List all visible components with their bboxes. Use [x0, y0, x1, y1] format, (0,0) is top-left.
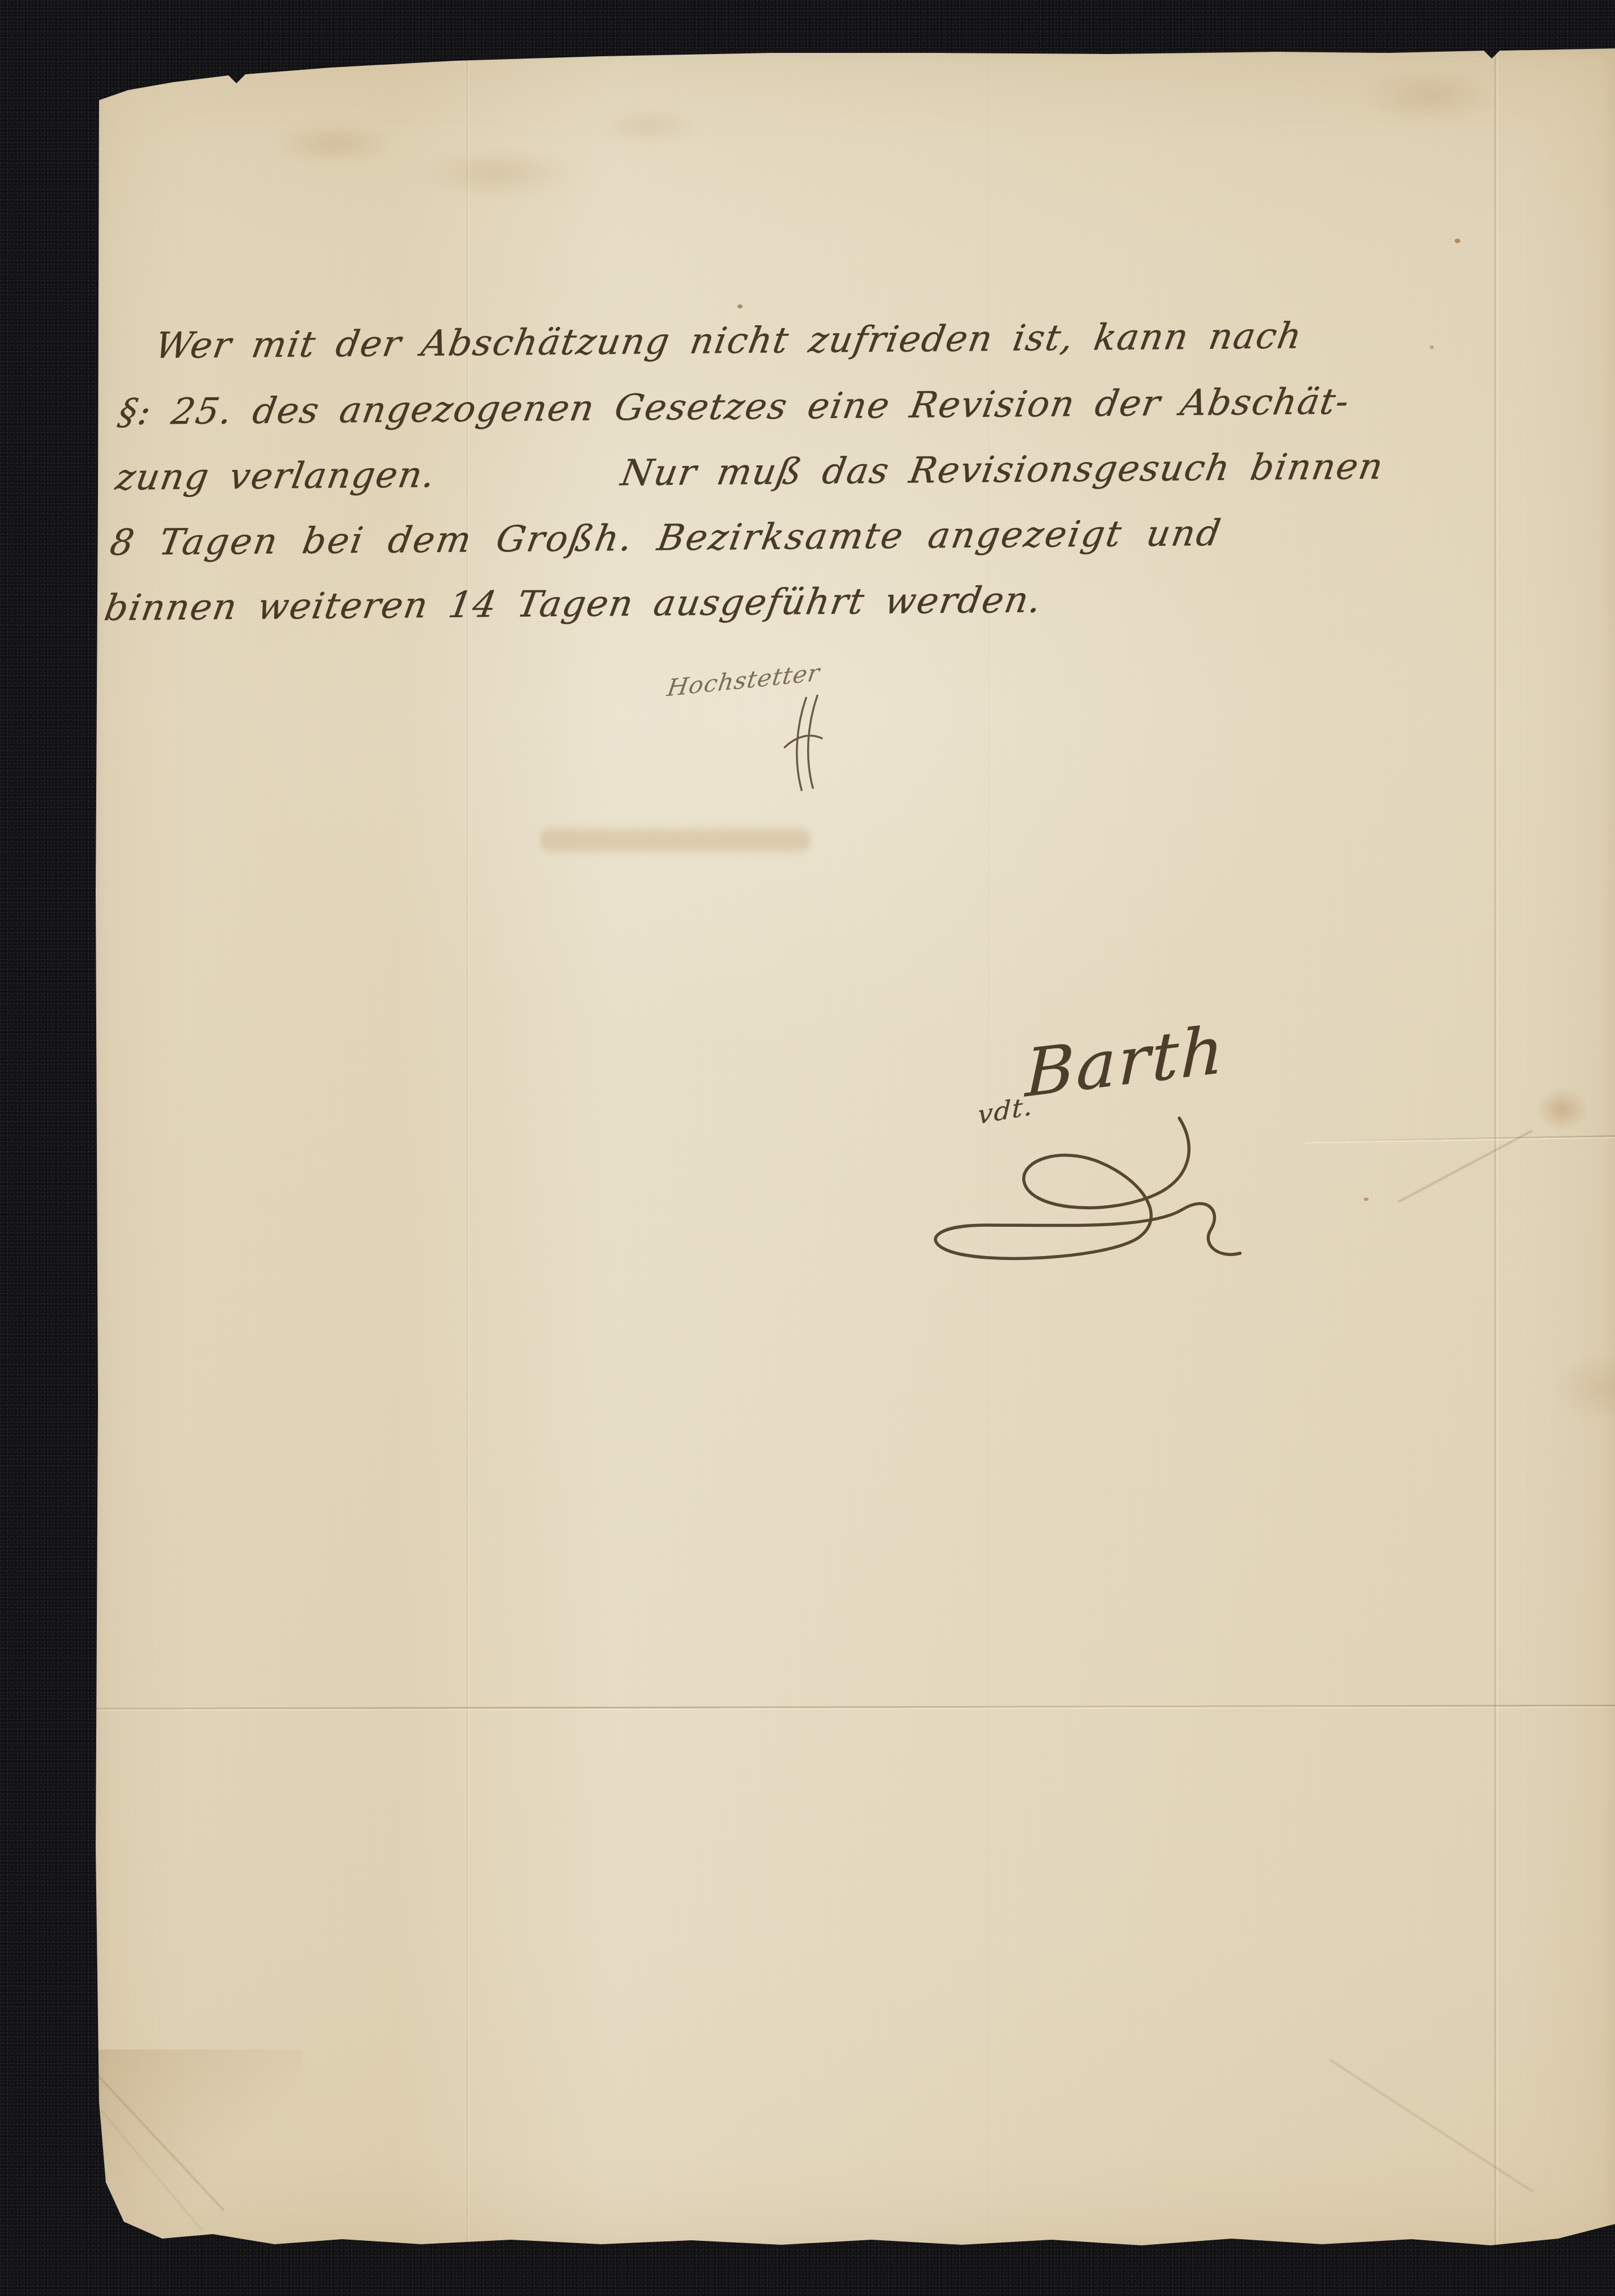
- foxing-speck: [1430, 346, 1434, 349]
- handwriting-line-4: 8 Tagen bei dem Großh. Bezirksamte angez…: [107, 513, 1225, 564]
- scan-backing-fabric: Wer mit der Abschätzung nicht zufrieden …: [0, 0, 1615, 2296]
- handwriting-line-5: binnen weiteren 14 Tagen ausgeführt werd…: [101, 580, 1045, 629]
- foxing-speck: [1364, 1198, 1368, 1201]
- line-text: §: 25. des angezogenen Gesetzes eine Rev…: [115, 381, 1353, 433]
- signature-flourish: [914, 1115, 1308, 1272]
- fold-crease-vertical-left: [466, 48, 470, 2249]
- wrinkle-mark: [1330, 2059, 1533, 2192]
- stain-band: [540, 824, 811, 856]
- stain: [1553, 1354, 1615, 1421]
- wrinkle-mark: [1398, 1130, 1533, 1203]
- line-text: 8 Tagen bei dem Großh. Bezirksamte angez…: [107, 513, 1225, 564]
- countersignature-annotation: Hochstetter: [665, 659, 822, 702]
- line-text: binnen weiteren 14 Tagen ausgeführt werd…: [101, 580, 1045, 629]
- fold-crease-vertical-middle: [988, 48, 991, 2249]
- annotation-flourish: [773, 693, 825, 799]
- stain: [1361, 69, 1496, 122]
- fold-crease-horizontal-lower: [95, 1705, 1615, 1710]
- fold-crease-horizontal-upper-right: [1305, 1135, 1615, 1142]
- foxing-speck: [737, 304, 742, 308]
- handwriting-line-2: §: 25. des angezogenen Gesetzes eine Rev…: [115, 381, 1353, 433]
- line-text: zung verlangen.: [113, 454, 439, 499]
- ink-bleedthrough-smudge: [196, 65, 748, 240]
- corner-crease: [97, 2074, 225, 2211]
- stain-spot: [1536, 1088, 1589, 1131]
- foxing-speck: [1455, 239, 1460, 243]
- line-text: Nur muß das Revisionsgesuch binnen: [618, 446, 1387, 494]
- paper-sheet: Wer mit der Abschätzung nicht zufrieden …: [95, 48, 1615, 2249]
- line-text: Wer mit der Abschätzung nicht zufrieden …: [152, 315, 1305, 367]
- handwriting-line-1: Wer mit der Abschätzung nicht zufrieden …: [152, 315, 1305, 367]
- handwriting-line-3: zung verlangen.Nur muß das Revisionsgesu…: [113, 446, 1386, 499]
- corner-fold-shading: [95, 2050, 303, 2249]
- signature-name: Barth: [1025, 1011, 1226, 1112]
